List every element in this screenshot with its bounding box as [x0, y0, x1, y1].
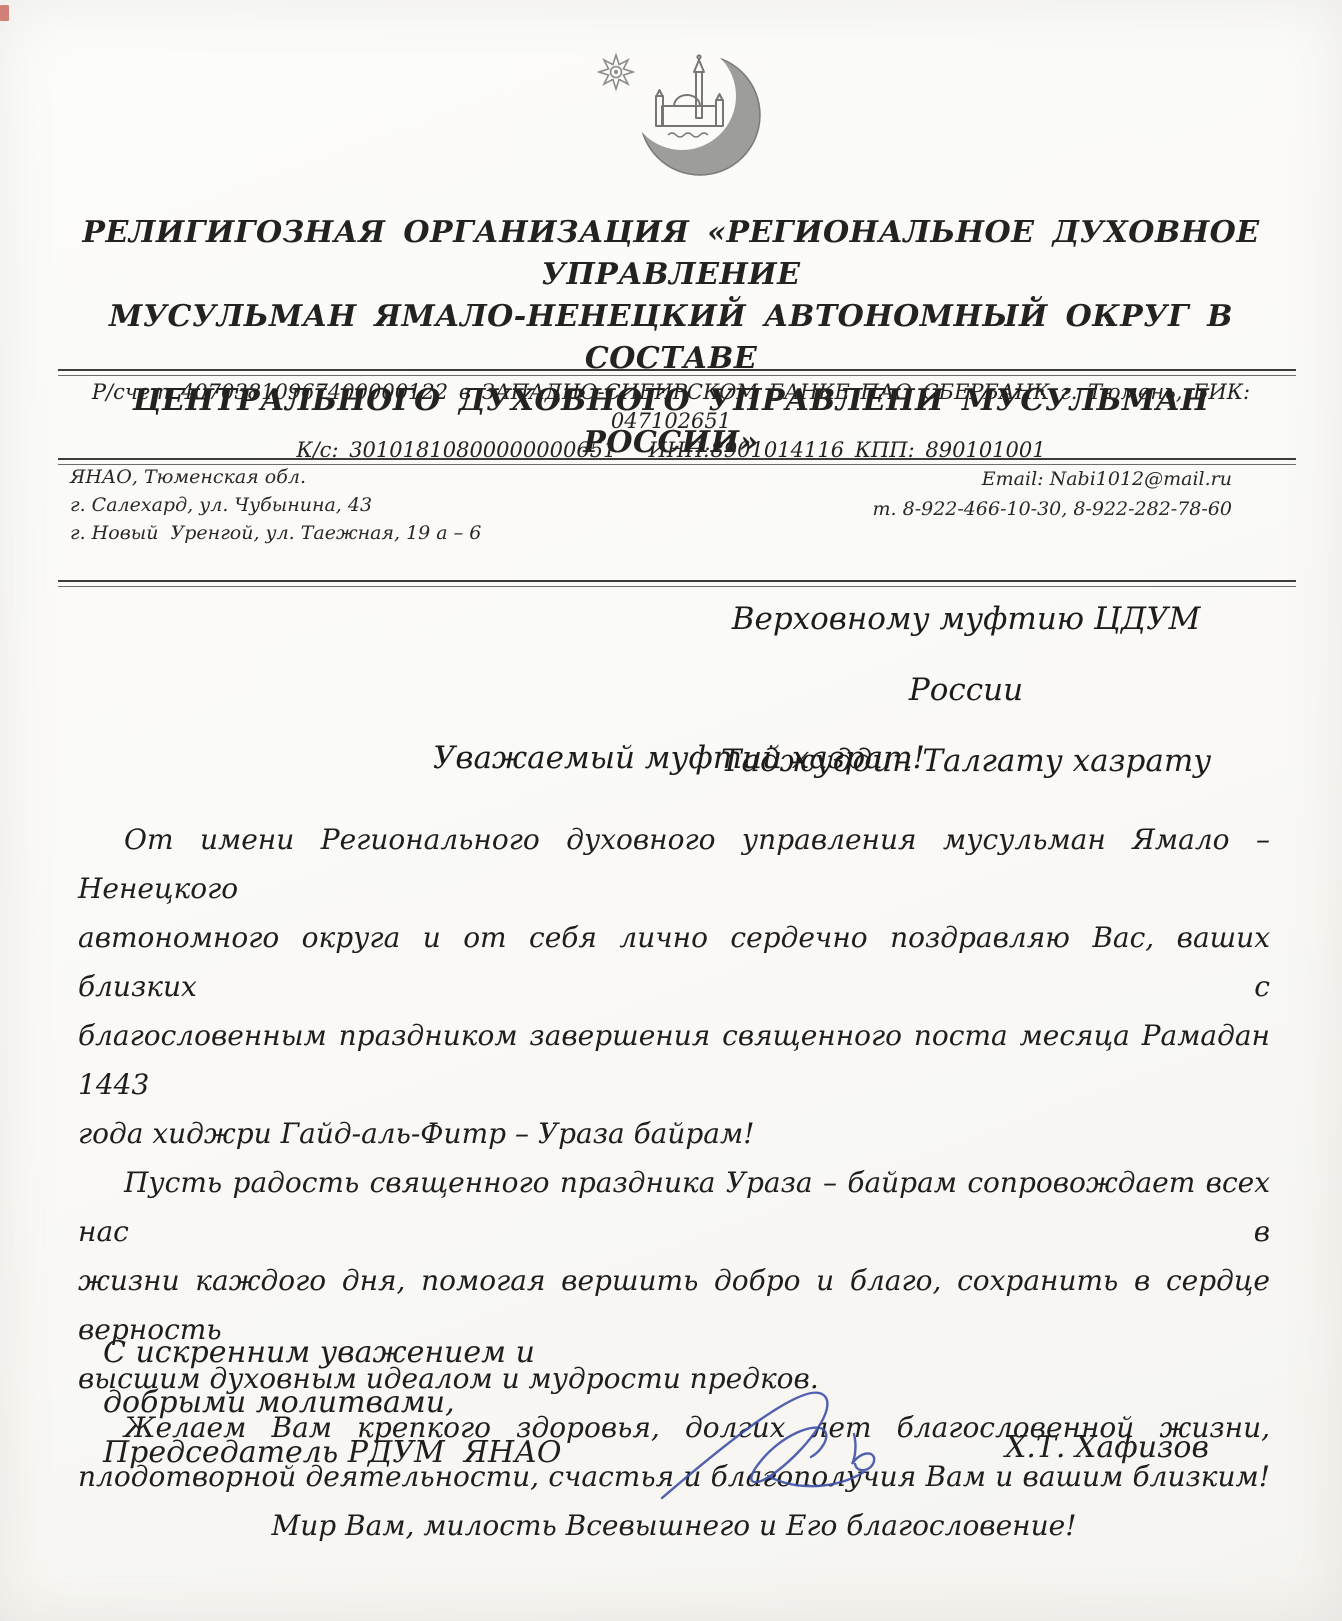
- address-line-urengoy: г. Новый Уренгой, ул. Таежная, 19 а – 6: [70, 520, 481, 547]
- letter-page: РЕЛИГИГОЗНАЯ ОРГАНИЗАЦИЯ «РЕГИОНАЛЬНОЕ Д…: [0, 0, 1342, 1621]
- email-line: Email: Nabi1012@mail.ru: [873, 464, 1232, 494]
- org-name-line-2: МУСУЛЬМАН ЯМАЛО-НЕНЕЦКИЙ АВТОНОМНЫЙ ОКРУ…: [62, 296, 1280, 380]
- phone-line: т. 8-922-466-10-30, 8-922-282-78-60: [873, 494, 1232, 524]
- scan-artifact: [0, 5, 9, 21]
- eight-point-star-icon: [599, 55, 633, 89]
- address-line-salekhard: г. Салехард, ул. Чубынина, 43: [70, 492, 481, 519]
- address-block: ЯНАО, Тюменская обл. г. Салехард, ул. Чу…: [70, 464, 481, 548]
- contact-block: Email: Nabi1012@mail.ru т. 8-922-466-10-…: [873, 464, 1232, 524]
- body-line: От имени Регионального духовного управле…: [78, 815, 1270, 913]
- salutation: Уважаемый муфтий хазрат!: [433, 740, 925, 776]
- org-name-line-1: РЕЛИГИГОЗНАЯ ОРГАНИЗАЦИЯ «РЕГИОНАЛЬНОЕ Д…: [62, 212, 1280, 296]
- body-line: автономного округа и от себя лично серде…: [78, 913, 1270, 1011]
- signature-handwriting: [648, 1372, 960, 1512]
- recipient-title: Верховному муфтию ЦДУМ России: [690, 584, 1242, 726]
- address-line-region: ЯНАО, Тюменская обл.: [70, 464, 481, 491]
- signer-name: Х.Т. Хафизов: [1005, 1430, 1209, 1465]
- bank-details-line-1: Р/счет 40703810967400000122 в ЗАПАДНО-СИ…: [70, 378, 1272, 436]
- body-line: благословенным праздником завершения свя…: [78, 1011, 1270, 1109]
- closing-line-1: С искренним уважением и: [103, 1328, 562, 1378]
- closing-block: С искренним уважением и добрыми молитвам…: [103, 1328, 562, 1478]
- closing-line-2: добрыми молитвами,: [103, 1378, 562, 1428]
- organization-emblem: [578, 38, 792, 186]
- bank-details: Р/счет 40703810967400000122 в ЗАПАДНО-СИ…: [70, 378, 1272, 465]
- body-line: Пусть радость священного праздника Ураза…: [78, 1158, 1270, 1256]
- divider-top: [58, 369, 1296, 376]
- closing-line-3: Председатель РДУМ ЯНАО: [103, 1428, 562, 1478]
- body-line: года хиджри Гайд-аль-Фитр – Ураза байрам…: [78, 1109, 1270, 1158]
